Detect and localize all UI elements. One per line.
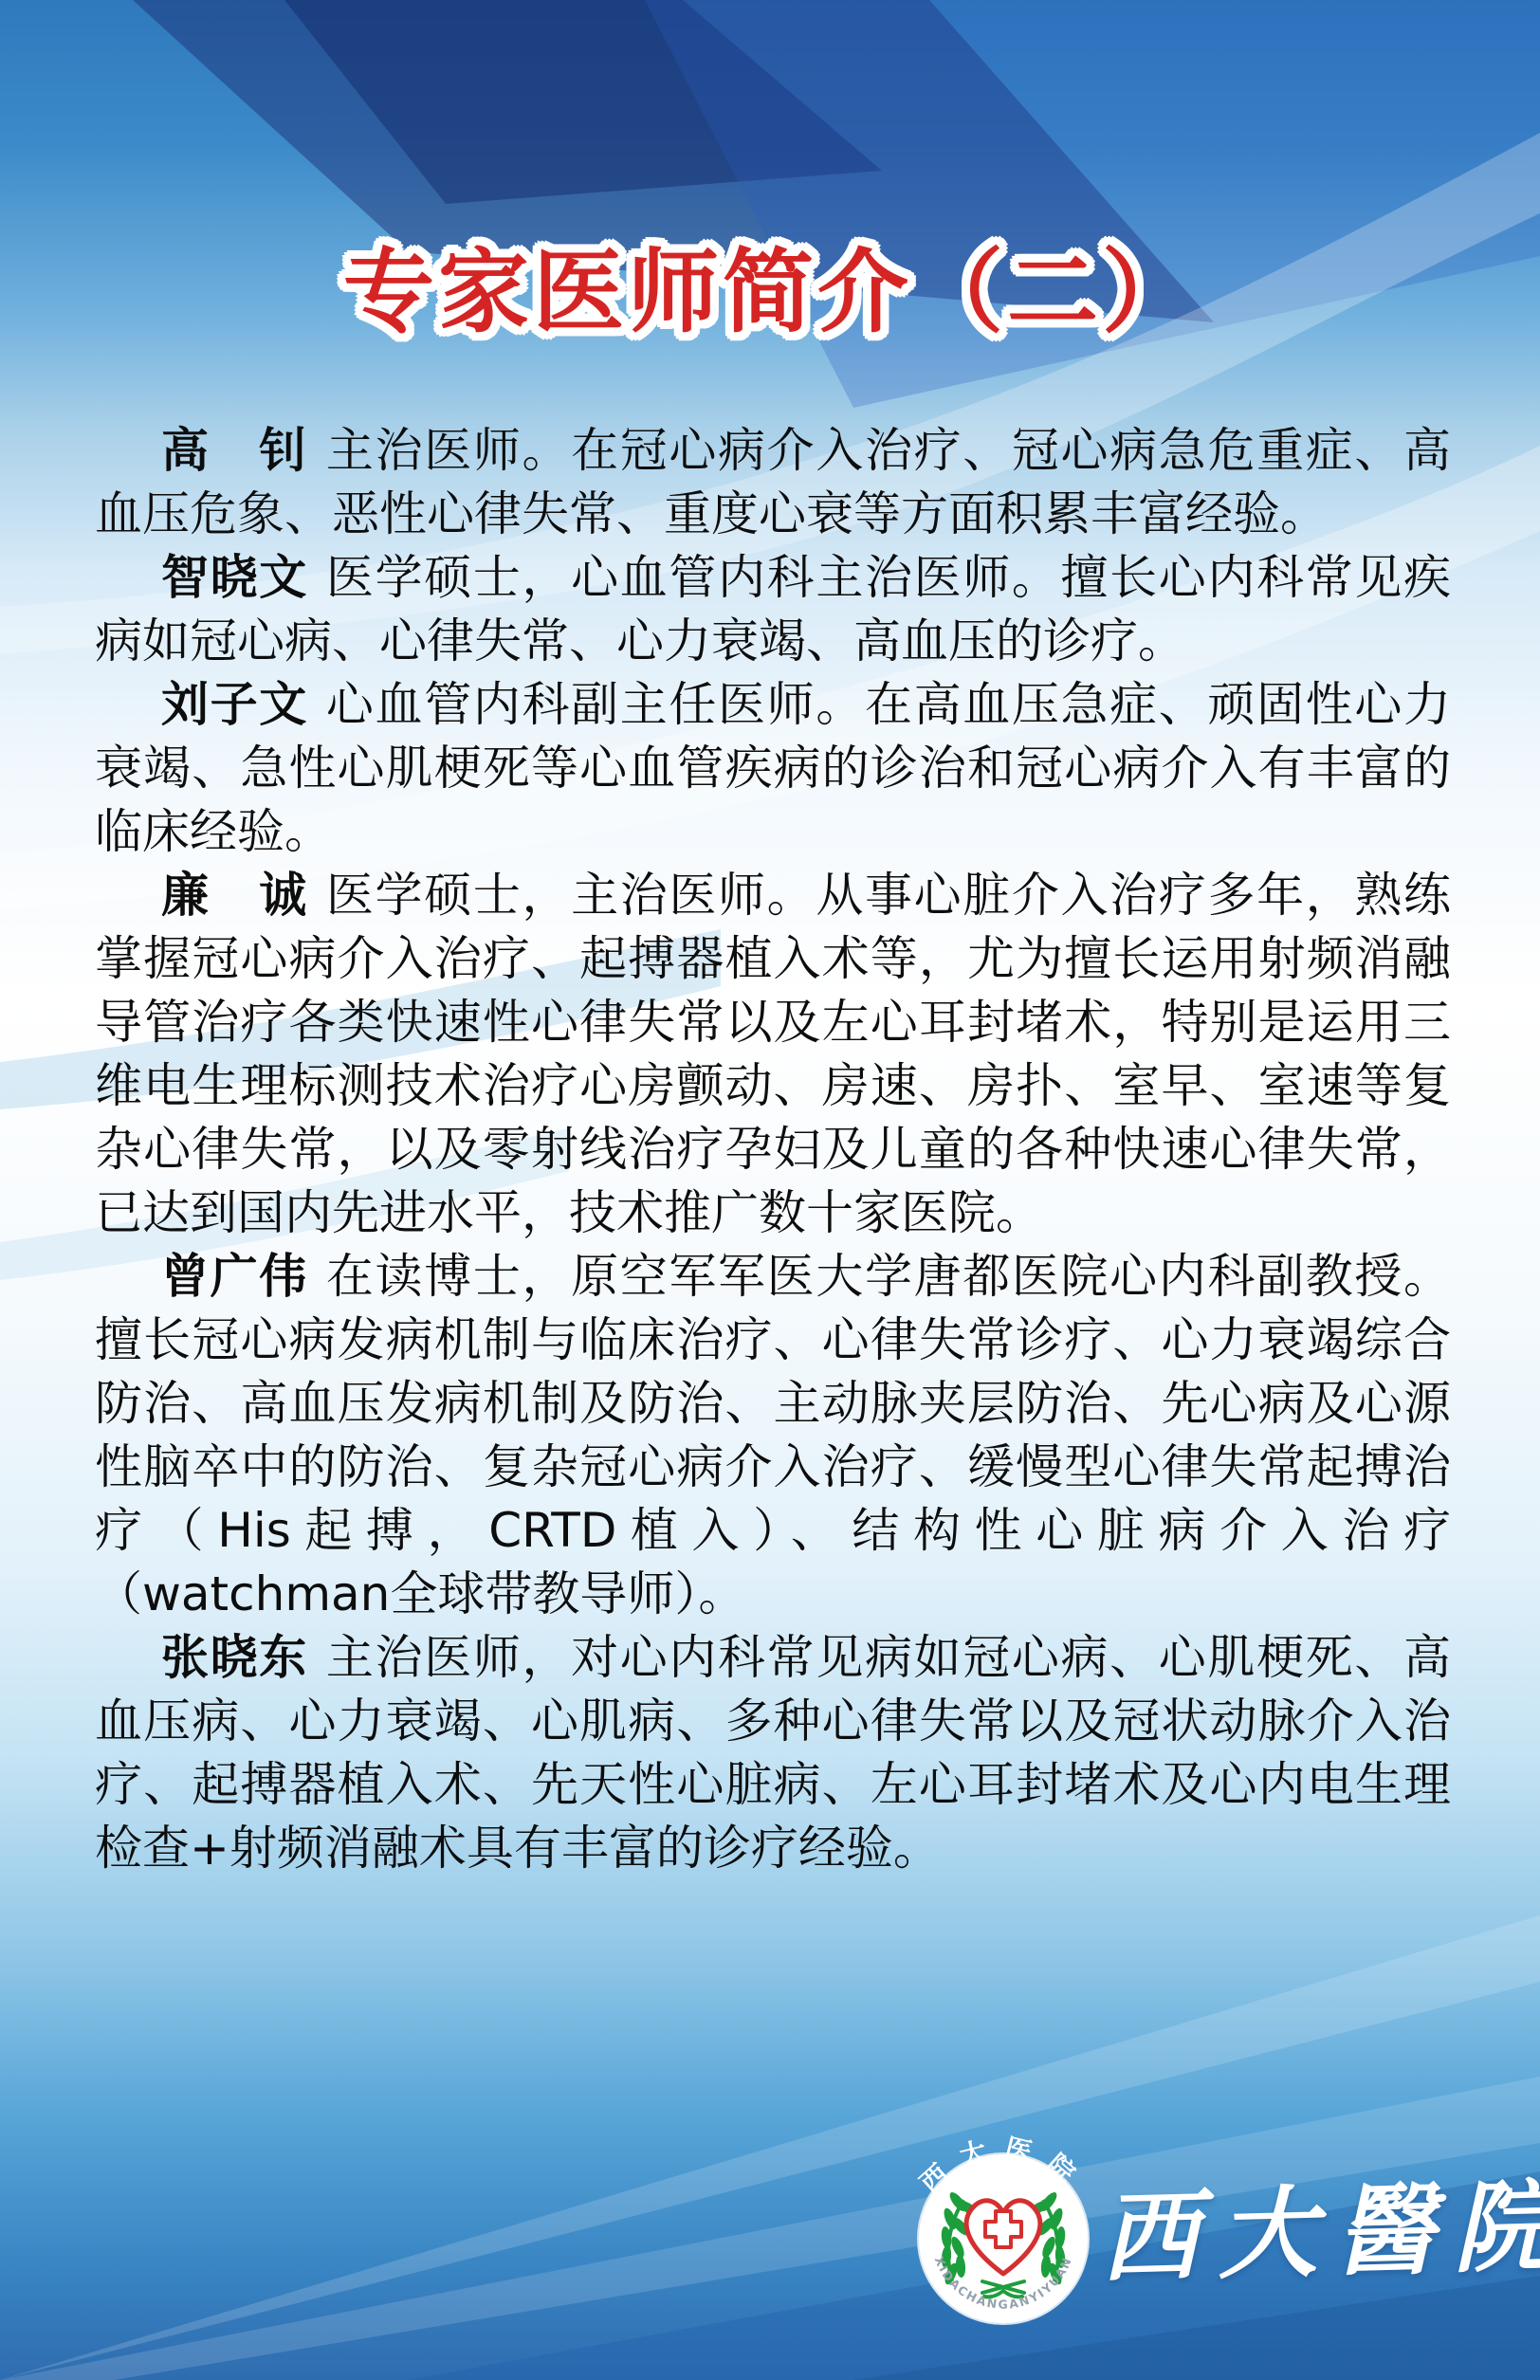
- poster-canvas: 专家医师简介（二） 高 钊主治医师。在冠心病介入治疗、冠心病急危重症、高血压危象…: [0, 0, 1540, 2380]
- hospital-logo: 西大医院 XIDACHANGANYIYUAN: [908, 2132, 1098, 2331]
- doctor-paragraph: 刘子文心血管内科副主任医师。在高血压急症、顽固性心力衰竭、急性心肌梗死等心血管疾…: [95, 673, 1451, 864]
- doctor-paragraph: 智晓文医学硕士，心血管内科主治医师。擅长心内科常见疾病如冠心病、心律失常、心力衰…: [95, 546, 1451, 673]
- doctor-name: 廉 诚: [161, 868, 308, 923]
- doctor-name: 张晓东: [161, 1630, 308, 1685]
- doctor-bio-list: 高 钊主治医师。在冠心病介入治疗、冠心病急危重症、高血压危象、恶性心律失常、重度…: [95, 419, 1451, 1880]
- doctor-paragraph: 曾广伟在读博士，原空军军医大学唐都医院心内科副教授。擅长冠心病发病机制与临床治疗…: [95, 1245, 1451, 1626]
- footer: 西大医院 XIDACHANGANYIYUAN 西大醫院: [0, 2124, 1540, 2380]
- doctor-paragraph: 廉 诚医学硕士，主治医师。从事心脏介入治疗多年，熟练掌握冠心病介入治疗、起搏器植…: [95, 864, 1451, 1245]
- doctor-paragraph: 张晓东主治医师，对心内科常见病如冠心病、心肌梗死、高血压病、心力衰竭、心肌病、多…: [95, 1626, 1451, 1880]
- page-title: 专家医师简介（二）: [0, 220, 1540, 350]
- doctor-name: 刘子文: [161, 677, 308, 732]
- doctor-description: 医学硕士，主治医师。从事心脏介入治疗多年，熟练掌握冠心病介入治疗、起搏器植入术等…: [95, 868, 1451, 1240]
- doctor-paragraph: 高 钊主治医师。在冠心病介入治疗、冠心病急危重症、高血压危象、恶性心律失常、重度…: [95, 419, 1451, 546]
- doctor-name: 曾广伟: [161, 1249, 308, 1304]
- doctor-description: 在读博士，原空军军医大学唐都医院心内科副教授。擅长冠心病发病机制与临床治疗、心律…: [95, 1249, 1451, 1621]
- doctor-name: 高 钊: [161, 423, 308, 478]
- doctor-name: 智晓文: [161, 550, 308, 605]
- hospital-name-script: 西大醫院: [1098, 2147, 1540, 2301]
